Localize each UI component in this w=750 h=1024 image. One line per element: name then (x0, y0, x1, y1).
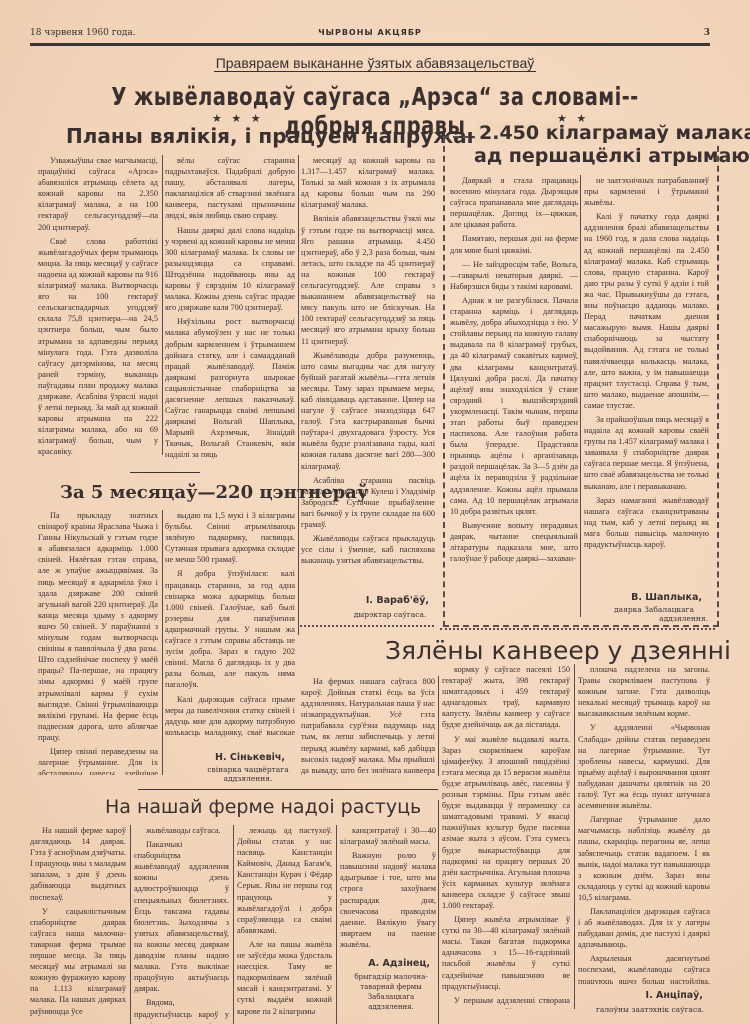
paragraph: На фермах нашага саўгаса 800 кароў. Дойн… (301, 676, 435, 776)
column-divider (438, 676, 439, 776)
paragraph: месяцаў ад кожнай каровы па 1.317—1.457 … (301, 155, 435, 210)
column-divider (130, 825, 131, 1024)
article-milkmaid-col2: не заатэхнічных патрабаванняў пры кармле… (584, 175, 709, 575)
article-pigs-col2: выдаю па 1,5 мукі і 3 кілаграмы бульбы. … (165, 510, 295, 740)
paragraph: Калі ў пачатку года даяркі аддзялення бр… (584, 211, 709, 411)
article-green-col2: кормку ў саўгасе пасеялі 150 гектараў жы… (442, 664, 570, 1009)
column-divider (162, 155, 163, 455)
column-divider (574, 664, 575, 1009)
article-pigs-signature: Н. Сінькевіч, (165, 752, 285, 763)
article-plans-col3: месяцаў ад кожнай каровы па 1.317—1.457 … (301, 155, 435, 565)
page-number: 3 (704, 28, 710, 38)
paragraph: — Не зайздросцім табе, Вольга,—гаварылі … (450, 259, 578, 292)
column-divider (580, 175, 581, 617)
article-milkmaid-col1: Даяркай я стала працаваць восенню мінула… (450, 175, 578, 620)
paragraph: Узважыўшы свае магчымасці, працаўнікі са… (38, 155, 158, 233)
article-plans-title: Планы вялікія, і працуем напружана (66, 124, 494, 148)
paragraph: Нашы даяркі далі слова надаіць у чэрвені… (165, 225, 295, 314)
paragraph: За прайшоўшыя пяць месяцаў я надаіла ад … (584, 414, 709, 492)
newspaper-page: 18 чэрвеня 1960 года. ЧЫРВОНЫ АКЦЯБР 3 П… (0, 0, 750, 1024)
section-kicker: Правяраем выкананне ўзятых абавязацельст… (0, 55, 750, 71)
article-milkmaid-signature-role: даярка Забалацкага аддзялення. (594, 605, 714, 623)
column-divider (162, 510, 163, 775)
paragraph: плошча падзелена на загоны. Травы скормл… (578, 664, 710, 719)
paragraph: Па прыкладу знатных свінароў краіны Ярас… (38, 510, 158, 743)
paragraph: Я добра ўпэўнілася: калі працаваць стара… (165, 568, 295, 690)
paragraph: Сваё слова работнікі жывёлагадоўчых ферм… (38, 236, 158, 458)
paragraph: У першым аддзяленні створана культурная … (442, 995, 570, 1009)
paragraph: У маі жывёле выдавалі жыта. Зараз скормл… (442, 734, 570, 912)
article-green-signature-role: галоўны заатэхнік саўгаса. (590, 1005, 710, 1014)
column-divider (438, 800, 439, 1024)
section-divider (138, 789, 438, 790)
article-yields-col4: канцэнтратаў і 30—40 кілаграмаў зялёнай … (340, 825, 436, 955)
article-yields-signature: А. Адзінец, (340, 958, 430, 969)
article-yields-col3: лежыць ад пастухоў. Дойны статак у нас п… (237, 825, 332, 1024)
paragraph: выдаю па 1,5 мукі і 3 кілаграмы бульбы. … (165, 510, 295, 565)
paragraph: жывёлаводы саўгаса. (134, 825, 229, 836)
article-yields-title: На нашай ферме надоі растуць (105, 796, 421, 818)
article-plans-signature-role: дырэктар саўгаса. (340, 610, 440, 619)
paragraph: Аднак я не разгубілася. Пачала старанна … (450, 295, 578, 517)
article-yields-col2: жывёлаводы саўгаса.Паказчыкі спаборніцтв… (134, 825, 229, 1024)
column-divider (233, 825, 234, 1024)
masthead: 18 чэрвеня 1960 года. ЧЫРВОНЫ АКЦЯБР 3 (30, 28, 710, 42)
wavy-divider (300, 625, 434, 627)
paragraph: Зараз намаганні жывёлаводаў нашага саўга… (584, 495, 709, 550)
newspaper-name: ЧЫРВОНЫ АКЦЯБР (30, 28, 710, 37)
article-pigs-title: За 5 месяцаў—220 цэнтнераў (60, 482, 368, 503)
paragraph: Даяркай я стала працаваць восенню мінула… (450, 175, 578, 230)
masthead-rule (30, 43, 710, 46)
paragraph: Вялікія абавязацельствы ўзялі мы ў гэтым… (301, 213, 435, 346)
article-plans-col1: Узважыўшы свае магчымасці, працаўнікі са… (38, 155, 158, 460)
paragraph: Паклапаціліся дырэкцыя саўгаса і аб жывё… (578, 906, 710, 950)
paragraph: Акрыленыя дасягнутымі поспехамі, жывёлав… (578, 953, 710, 984)
short-divider (130, 472, 200, 473)
paragraph: лежыць ад пастухоў. Дойны статак у нас п… (237, 825, 332, 936)
box-bottom-border (440, 628, 715, 630)
article-yields-signature-role: брыгадзір малочна- таварнай фермы Забала… (345, 972, 437, 1012)
article-green-col3: плошча падзелена на загоны. Травы скормл… (578, 664, 710, 984)
paragraph: Цяпер жывёла атрымлівае ў суткі па 30—40… (442, 914, 570, 992)
paragraph: Лагернае ўтрыманне дало магчымасць наблі… (578, 814, 710, 903)
paragraph: Жывёлаводы добра разумеюць, што самы выг… (301, 350, 435, 472)
paragraph: Калі дырэкцыя саўгаса прыме меры да паве… (165, 694, 295, 741)
article-plans-signature: І. Вараб'ёў, (301, 595, 429, 606)
article-pigs-signature-role: свінарка чацвёртага аддзялення. (200, 765, 296, 783)
column-divider (298, 155, 299, 635)
paragraph: Цяпер свінні пераведзены на лагернае ўтр… (38, 746, 158, 775)
article-plans-col2: вёлы саўгас старанна падрыхтаваўся. Пада… (165, 155, 295, 460)
article-green-col1: На фермах нашага саўгаса 800 кароў. Дойн… (301, 676, 435, 776)
paragraph: кормку ў саўгасе пасеялі 150 гектараў жы… (442, 664, 570, 731)
paragraph: Вывучэнне вопыту перадавых даярак, чытан… (450, 520, 578, 564)
paragraph: канцэнтратаў і 30—40 кілаграмаў зялёнай … (340, 825, 436, 847)
article-milkmaid-title-line2: ад першацёлкі атрымаю (474, 145, 750, 167)
paragraph: Важную ролю ў павышэнні надояў малака ад… (340, 850, 436, 950)
paragraph: У сацыялістычным спаборніцтве даярак саў… (30, 906, 126, 1017)
paragraph: не заатэхнічных патрабаванняў пры кармле… (584, 175, 709, 208)
paragraph: Паказчыкі спаборніцтва жывёлаводаў аддзя… (134, 839, 229, 994)
article-milkmaid-title-line1: 2.450 кілаграмаў малака (475, 122, 750, 144)
paragraph: Няўхільны рост вытворчасці малака абумоў… (165, 316, 295, 460)
column-divider (336, 825, 337, 1024)
paragraph: У аддзяленні «Чырвоная Слабада» дойны ст… (578, 722, 710, 811)
paragraph: Але на пашы жывёла не заўсёды можа ўдост… (237, 939, 332, 1017)
article-yields-col1: На нашай ферме кароў даглядаюць 14 даяра… (30, 825, 126, 1024)
paragraph: Жывёлаводы саўгаса прыкладуць усе сілы і… (301, 533, 435, 565)
paragraph: На нашай ферме кароў даглядаюць 14 даяра… (30, 825, 126, 903)
paragraph: Вядома, прадуктыўнасць кароў у летні пер… (134, 997, 229, 1024)
paragraph: вёлы саўгас старанна падрыхтаваўся. Пада… (165, 155, 295, 222)
article-green-signature: І. Анціпаў, (578, 990, 703, 1001)
article-green-title: Зялёны канвеер у дзеянні (385, 636, 731, 665)
article-milkmaid-signature: В. Шаплыка, (584, 592, 702, 603)
paragraph: Памятаю, першыя дні на ферме для мяне бы… (450, 233, 578, 255)
article-pigs-col1: Па прыкладу знатных свінароў краіны Ярас… (38, 510, 158, 775)
